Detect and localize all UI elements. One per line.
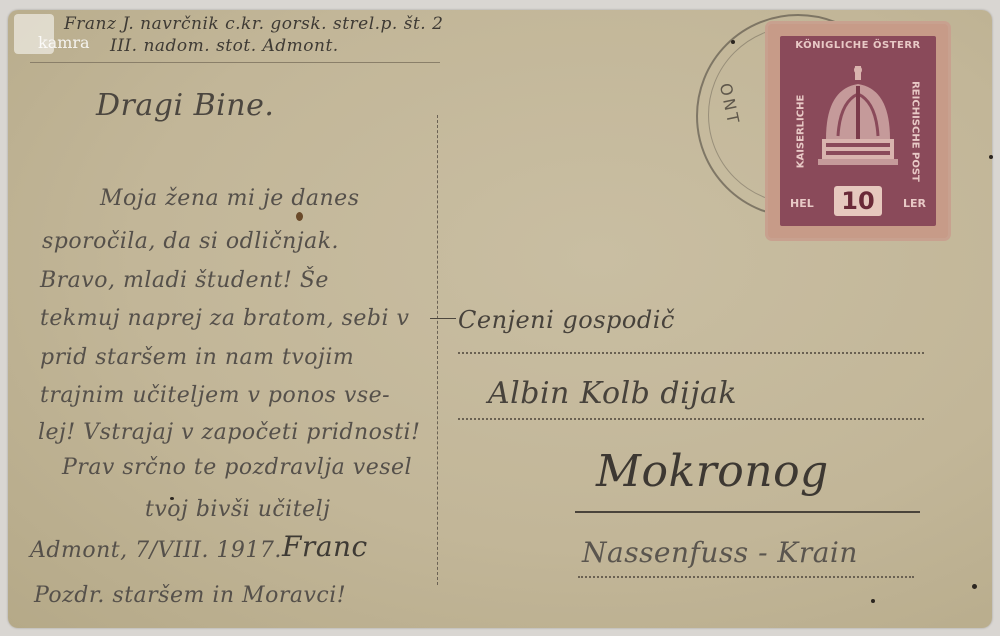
sender-line-2: III. nadom. stot. Admont.: [110, 36, 339, 56]
greeting: Dragi Bine.: [96, 88, 274, 123]
header-rule: [30, 62, 440, 63]
divider-tick: [430, 318, 456, 319]
postage-stamp: KÖNIGLICHE ÖSTERR KAISERLICHE REICHISCHE…: [768, 24, 948, 238]
imperial-crown-icon: [818, 64, 898, 174]
message-line-6: trajnim učiteljem v ponos vse-: [40, 383, 390, 408]
blemish: [989, 155, 993, 159]
address-line-4: [578, 576, 914, 578]
message-line-7: lej! Vstrajaj v započeti pridnosti!: [38, 420, 420, 445]
center-divider: [437, 115, 439, 585]
address-line-1: [458, 352, 924, 354]
blemish: [972, 584, 977, 589]
stamp-currency-right: LER: [903, 197, 926, 210]
message-line-5: prid staršem in nam tvojim: [40, 345, 354, 370]
address-region: Nassenfuss - Krain: [582, 536, 858, 569]
message-line-3: Bravo, mladi študent! Še: [40, 268, 329, 293]
stamp-text-top: KÖNIGLICHE ÖSTERR: [780, 40, 936, 51]
watermark-label: kamra: [38, 33, 90, 52]
postscript: Pozdr. staršem in Moravci!: [34, 583, 346, 608]
blemish: [731, 40, 735, 44]
address-name: Albin Kolb dijak: [488, 376, 737, 411]
message-line-2: sporočila, da si odličnjak.: [42, 229, 339, 254]
signature: Franc: [282, 530, 368, 563]
stamp-value: 10: [834, 186, 882, 216]
blemish: [871, 599, 875, 603]
message-line-4: tekmuj naprej za bratom, sebi v: [40, 306, 409, 331]
stamp-text-right: REICHISCHE POST: [910, 77, 921, 187]
stamp-currency-left: HEL: [790, 197, 814, 210]
rust-stain: [296, 212, 303, 221]
message-line-9: tvoj bivši učitelj: [145, 497, 330, 522]
stamp-text-left: KAISERLICHE: [796, 77, 807, 187]
blemish: [170, 497, 174, 500]
address-town: Mokronog: [596, 446, 829, 497]
message-line-8: Prav srčno te pozdravlja vesel: [62, 455, 412, 480]
address-line-3: [575, 511, 920, 513]
place-date: Admont, 7/VIII. 1917.: [30, 538, 282, 563]
message-line-1: Moja žena mi je danes: [100, 186, 360, 211]
address-line-2: [458, 418, 924, 420]
sender-line-1: Franz J. navrčnik c.kr. gorsk. strel.p. …: [64, 14, 443, 34]
address-salutation: Cenjeni gospodič: [458, 306, 675, 334]
